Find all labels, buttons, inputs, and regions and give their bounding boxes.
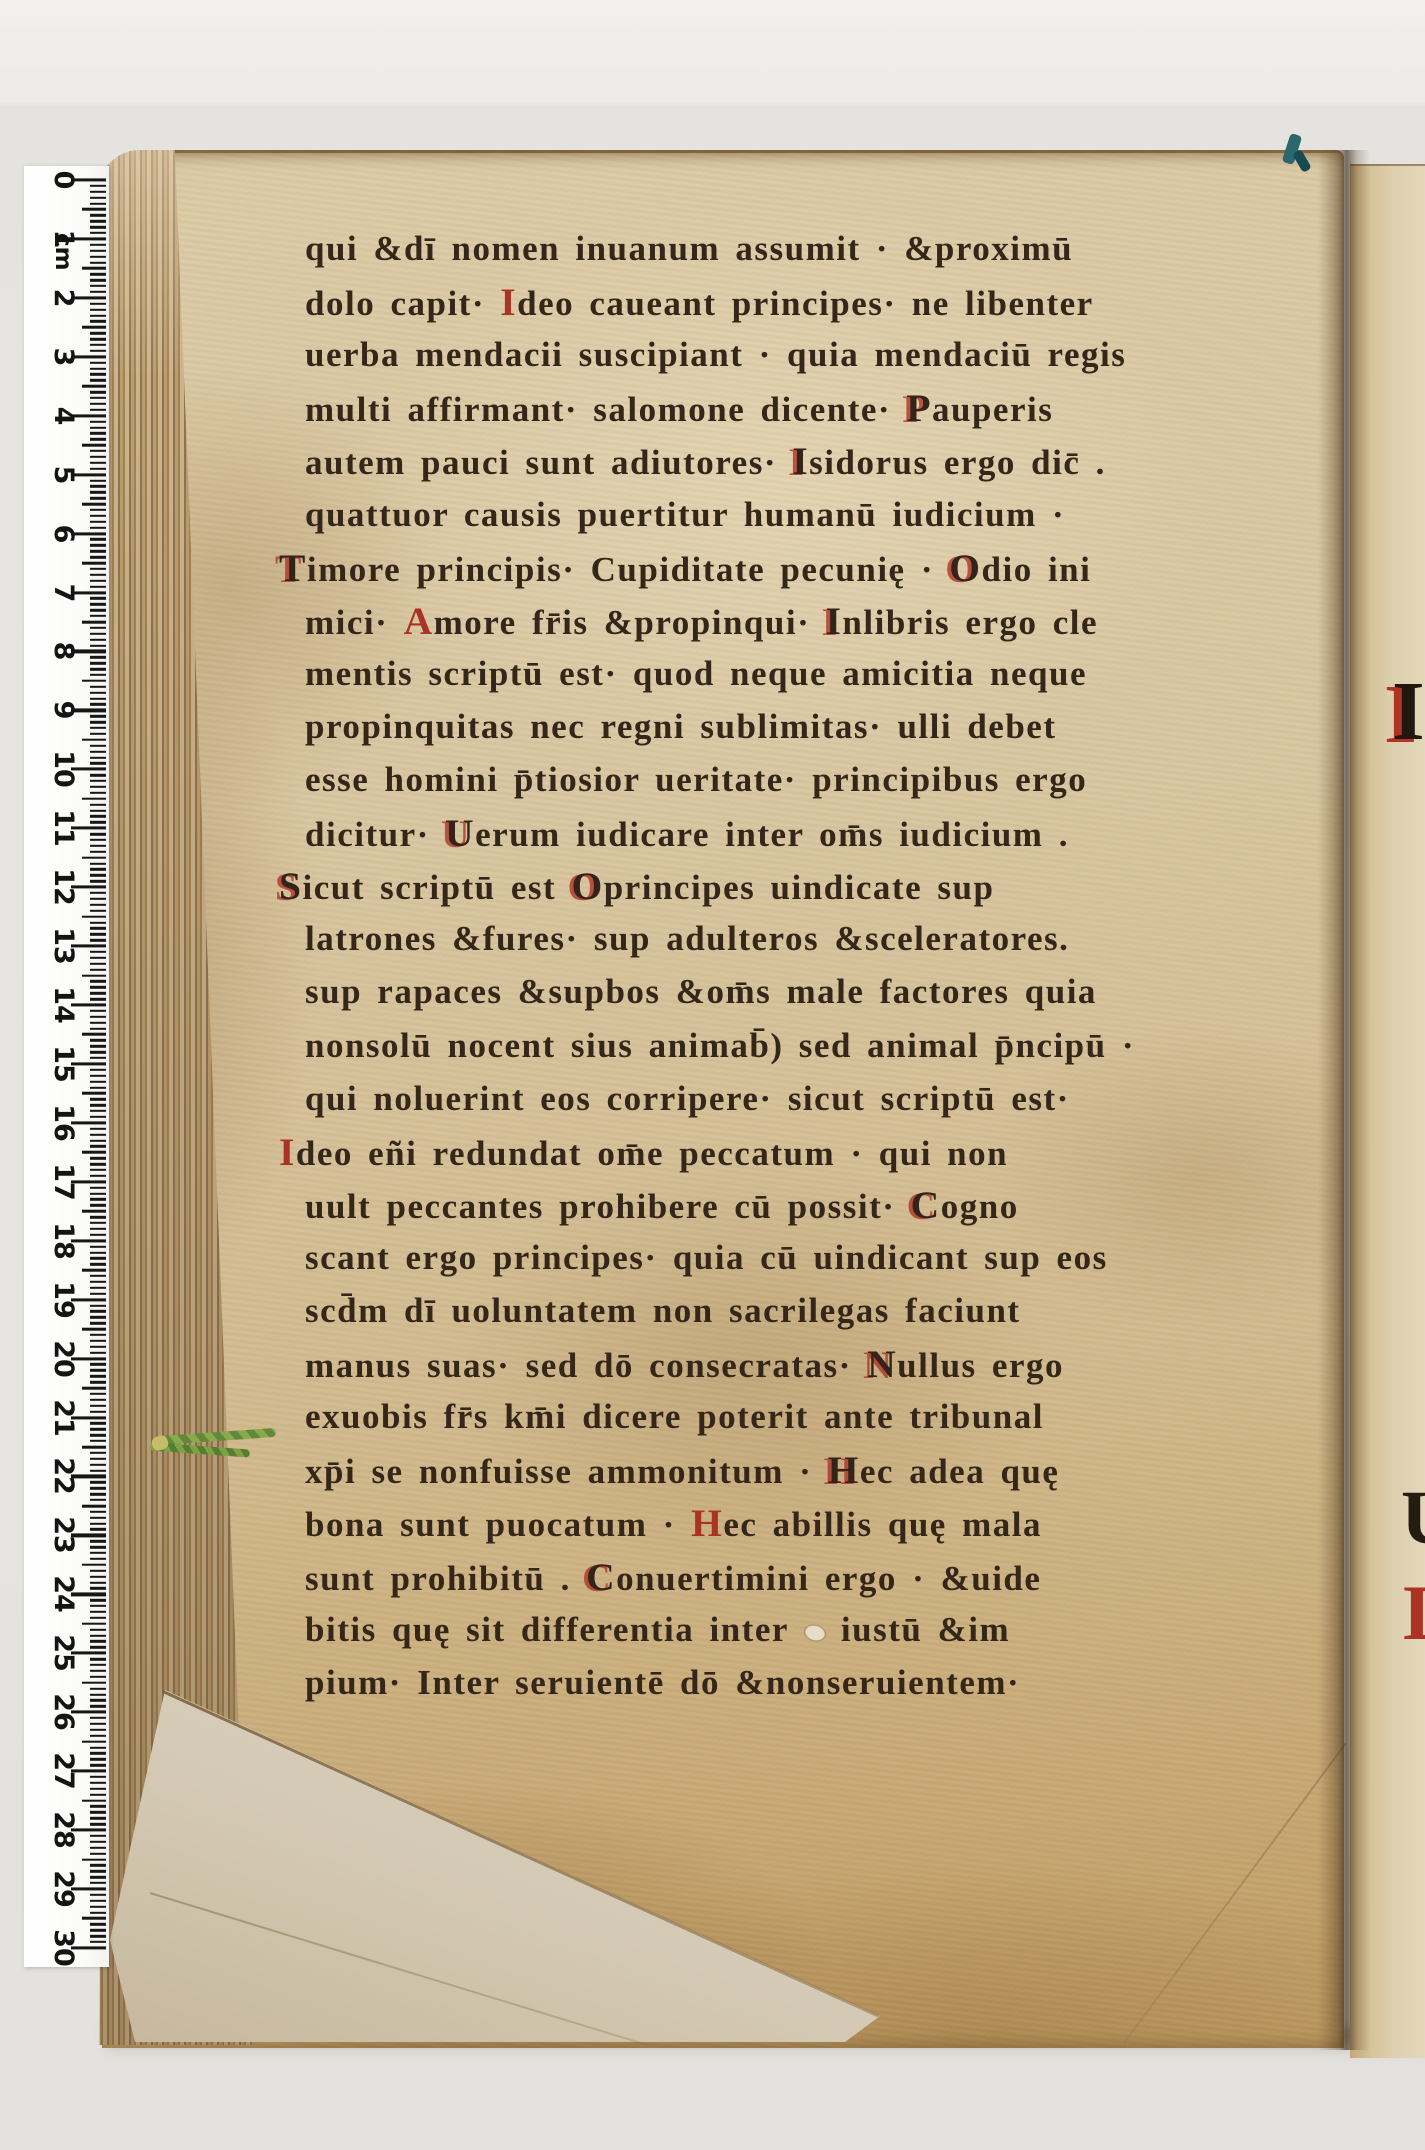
ruler-tick [90, 627, 106, 629]
ruler-number: 19 [44, 1281, 82, 1319]
ruler-tick [90, 1717, 106, 1719]
ruler-tick [90, 462, 106, 464]
ruler-tick [90, 1405, 106, 1407]
rubricated-initial: U [445, 811, 475, 855]
ruler-tick [90, 1045, 106, 1047]
text-segment: scd̄m dī uoluntatem non sacrilegas faciu… [305, 1291, 1021, 1330]
ruler-tick [90, 1487, 106, 1489]
ruler-tick [90, 320, 106, 322]
ruler-tick [90, 556, 106, 558]
manuscript-line: dicitur· Uerum iudicare inter om̄s iudic… [305, 811, 1069, 857]
ruler-tick [90, 727, 106, 729]
text-segment: ogno [941, 1187, 1019, 1226]
ruler-tick [90, 426, 106, 428]
ruler-tick [82, 1564, 106, 1567]
rubricated-initial: I [826, 599, 843, 643]
ruler-tick [90, 279, 106, 281]
ruler-number: 20 [44, 1340, 82, 1378]
ruler-tick [82, 385, 106, 388]
ruler-tick [90, 1363, 106, 1365]
ruler-tick [90, 1811, 106, 1813]
ruler-tick [90, 697, 106, 699]
ruler-number: 6 [44, 515, 82, 553]
manuscript-line: mici· Amore fr̄is &propinqui· Inlibris e… [305, 599, 1098, 645]
ruler-tick [90, 674, 106, 676]
ruler-tick [90, 250, 106, 252]
ruler-tick [90, 1075, 106, 1077]
ruler-tick [90, 1788, 106, 1790]
ruler-tick [90, 1251, 106, 1253]
manuscript-line: exuobis fr̄s km̄i dicere poterit ante tr… [305, 1395, 1044, 1439]
ruler-tick [90, 1746, 106, 1748]
ruler-tick [90, 1287, 106, 1289]
ruler-tick [90, 1835, 106, 1837]
manuscript-line: mentis scriptū est· quod neque amicitia … [305, 652, 1087, 696]
ruler-tick [90, 1900, 106, 1902]
ruler-tick [90, 391, 106, 393]
ruler-tick [90, 1776, 106, 1778]
text-segment: exuobis fr̄s km̄i dicere poterit ante tr… [305, 1397, 1044, 1436]
ruler-tick [90, 1687, 106, 1689]
ruler-tick [82, 1505, 106, 1508]
ruler-tick [82, 1740, 106, 1743]
ruler-tick [90, 839, 106, 841]
text-segment: manus suas· sed dō consecratas· [305, 1346, 867, 1385]
ruler-tick [90, 403, 106, 405]
ruler-number: 1 [44, 220, 82, 258]
manuscript-photo: I U L qui &dī nomen inuanum assumit · &p… [0, 0, 1425, 2150]
ruler-tick [90, 703, 106, 705]
ruler-tick [90, 574, 106, 576]
text-segment: propinquitas nec regni sublimitas· ulli … [305, 707, 1056, 746]
ruler-tick [90, 220, 106, 222]
manuscript-line: bitis quę sit differentia interiustū &im [305, 1608, 1010, 1652]
ruler-tick [90, 1723, 106, 1725]
text-segment: latrones &fures· sup adulteros &scelerat… [305, 919, 1069, 958]
ruler-tick [90, 1646, 106, 1648]
ruler-tick [82, 1328, 106, 1331]
ruler-number: 18 [44, 1222, 82, 1260]
ruler-tick [90, 1428, 106, 1430]
ruler-tick [82, 503, 106, 506]
ruler-tick [90, 1463, 106, 1465]
ruler-tick [90, 1793, 106, 1795]
ruler-tick [90, 291, 106, 293]
text-segment: onuertimini ergo · &uide [616, 1559, 1041, 1598]
manuscript-line: propinquitas nec regni sublimitas· ulli … [305, 705, 1056, 749]
ruler-tick [90, 1864, 106, 1866]
ruler-tick [90, 214, 106, 216]
ruler-tick [90, 980, 106, 982]
ruler-tick [90, 1163, 106, 1165]
ruler-tick [90, 862, 106, 864]
ruler-tick [90, 285, 106, 287]
ruler-tick [90, 1911, 106, 1913]
ruler-tick [90, 1346, 106, 1348]
ruler-tick [90, 992, 106, 994]
ruler-tick [90, 226, 106, 228]
ruler-number: 7 [44, 574, 82, 612]
ruler-tick [90, 1021, 106, 1023]
green-thread-strand [158, 1428, 276, 1445]
manuscript-line: dolo capit· Ideo caueant principes· ne l… [305, 280, 1094, 326]
ruler-tick [90, 1546, 106, 1548]
illuminated-initial-right-page: I [1392, 670, 1425, 754]
ruler-tick [90, 456, 106, 458]
ruler-number: 30 [44, 1929, 82, 1967]
ruler-tick [90, 1670, 106, 1672]
ruler-tick [90, 373, 106, 375]
ruler-tick [90, 1352, 106, 1354]
ruler-tick [90, 780, 106, 782]
ruler-number: 8 [44, 632, 82, 670]
ruler-tick [90, 1316, 106, 1318]
rubricated-initial: I [279, 1130, 296, 1174]
ruler-tick [90, 314, 106, 316]
ruler-tick [90, 485, 106, 487]
manuscript-line: nonsolū nocent sius animab̄) sed animal … [305, 1024, 1135, 1068]
ruler-tick [90, 691, 106, 693]
ruler-tick [90, 1263, 106, 1265]
ruler-tick [90, 904, 106, 906]
ruler-tick [82, 1210, 106, 1213]
ruler-tick [90, 1204, 106, 1206]
ruler-tick [90, 868, 106, 870]
ruler-tick [90, 538, 106, 540]
ruler-tick [90, 1458, 106, 1460]
ruler-tick [90, 1128, 106, 1130]
manuscript-line: quattuor causis puertitur humanū iudiciu… [305, 493, 1065, 537]
ruler-tick [90, 244, 106, 246]
ruler-tick [90, 762, 106, 764]
ruler-number: 17 [44, 1163, 82, 1201]
ruler-tick [90, 1334, 106, 1336]
ruler-number: 23 [44, 1516, 82, 1554]
ruler-tick [90, 1222, 106, 1224]
ruler-tick [90, 1399, 106, 1401]
ruler-tick [90, 1086, 106, 1088]
ruler-tick [90, 1293, 106, 1295]
ruler-tick [90, 1552, 106, 1554]
manuscript-line: scd̄m dī uoluntatem non sacrilegas faciu… [305, 1289, 1021, 1333]
ruler-tick [90, 1764, 106, 1766]
ruler-tick [90, 597, 106, 599]
manuscript-line: uult peccantes prohibere cū possit· Cogn… [305, 1183, 1019, 1229]
ruler-tick [90, 874, 106, 876]
ruler-number: 12 [44, 868, 82, 906]
ruler-number: 16 [44, 1104, 82, 1142]
rubricated-initial: O [949, 546, 981, 590]
ruler-tick [90, 1175, 106, 1177]
rubricated-initial: N [867, 1342, 897, 1386]
ruler-tick [90, 803, 106, 805]
ruler-tick [90, 786, 106, 788]
ruler-tick [90, 721, 106, 723]
ruler-tick [90, 851, 106, 853]
ruler-tick [90, 1528, 106, 1530]
text-segment: bona sunt puocatum · [305, 1505, 691, 1544]
ruler-tick [90, 1410, 106, 1412]
ruler-tick [90, 367, 106, 369]
ruler-tick [90, 1116, 106, 1118]
parchment-hole [790, 1614, 839, 1652]
ruler-tick [90, 1735, 106, 1737]
text-segment: auperis [932, 390, 1053, 429]
gutter-fold [1318, 150, 1370, 2050]
ruler-tick [90, 1817, 106, 1819]
ruler-tick [90, 580, 106, 582]
ruler-tick [90, 255, 106, 257]
ruler-tick [90, 1133, 106, 1135]
text-segment: multi affirmant· salomone dicente· [305, 390, 906, 429]
ruler-tick [90, 397, 106, 399]
text-segment: uerba mendacii suscipiant · quia mendaci… [305, 335, 1126, 374]
ruler-tick [90, 1923, 106, 1925]
ruler-tick [90, 1027, 106, 1029]
manuscript-line: bona sunt puocatum · Hec abillis quę mal… [305, 1501, 1042, 1547]
manuscript-line: Ideo eñi redundat om̄e peccatum · qui no… [279, 1130, 1008, 1176]
ruler-tick [90, 898, 106, 900]
manuscript-line: sup rapaces &supbos &om̄s male factores … [305, 970, 1097, 1014]
ruler-tick [90, 1805, 106, 1807]
manuscript-line: latrones &fures· sup adulteros &scelerat… [305, 917, 1069, 961]
ruler-tick [90, 1051, 106, 1053]
ruler-number: 24 [44, 1575, 82, 1613]
ruler-tick [90, 686, 106, 688]
ruler-tick [90, 809, 106, 811]
ruler-tick [90, 1375, 106, 1377]
ruler-tick [90, 450, 106, 452]
rubricated-initial: I [500, 280, 517, 324]
ruler-tick [82, 1151, 106, 1154]
ruler-tick [90, 1664, 106, 1666]
ruler-tick [90, 815, 106, 817]
rubricated-initial: O [571, 864, 603, 908]
ruler-tick [90, 1381, 106, 1383]
ruler-number: 9 [44, 691, 82, 729]
ruler-tick [90, 609, 106, 611]
ruler-tick [90, 745, 106, 747]
ruler-tick [82, 1799, 106, 1802]
ruler-tick [90, 1905, 106, 1907]
ruler-tick [90, 963, 106, 965]
ruler-tick [90, 1693, 106, 1695]
ruler-tick [90, 1929, 106, 1931]
ruler-tick [90, 1422, 106, 1424]
ruler-tick [90, 1882, 106, 1884]
ruler-tick [90, 633, 106, 635]
manuscript-line: sunt prohibitū . Conuertimini ergo · &ui… [305, 1555, 1041, 1601]
ruler-tick [90, 1581, 106, 1583]
ruler-tick [90, 1434, 106, 1436]
ruler-tick [90, 951, 106, 953]
ruler-tick [90, 1452, 106, 1454]
ruler-tick [90, 191, 106, 193]
ruler-tick [90, 1752, 106, 1754]
ruler-tick [90, 1393, 106, 1395]
ruler-tick [90, 1640, 106, 1642]
rubricated-initial: A [404, 599, 434, 643]
ruler-tick [90, 833, 106, 835]
manuscript-line: pium· Inter seruientē dō &nonseruientem· [305, 1661, 1020, 1705]
ruler-tick [90, 1611, 106, 1613]
text-segment: deo eñi redundat om̄e peccatum · qui non [296, 1134, 1008, 1173]
ruler-tick [90, 845, 106, 847]
ruler-tick [90, 1192, 106, 1194]
ruler-tick [90, 1228, 106, 1230]
ruler-tick [82, 444, 106, 447]
ruler-number: 29 [44, 1870, 82, 1908]
ruler-tick [90, 409, 106, 411]
ruler-tick [90, 303, 106, 305]
rubricated-initial: H [828, 1448, 860, 1492]
text-segment: deo caueant principes· ne libenter [517, 284, 1094, 323]
ruler-tick [90, 509, 106, 511]
ruler-number: 22 [44, 1457, 82, 1495]
ruler-tick [90, 1634, 106, 1636]
manuscript-line: scant ergo principes· quia cū uindicant … [305, 1236, 1108, 1280]
ruler-tick [90, 1245, 106, 1247]
ruler-tick [90, 1080, 106, 1082]
ruler-tick [90, 202, 106, 204]
ruler-tick [90, 986, 106, 988]
ruler-tick [90, 1823, 106, 1825]
ruler-tick [90, 497, 106, 499]
ruler-tick [90, 921, 106, 923]
ruler-tick [90, 521, 106, 523]
ruler-tick [82, 1269, 106, 1272]
text-segment: imore principis· Cupiditate pecunię · [307, 550, 949, 589]
ruler-tick [90, 1098, 106, 1100]
text-segment: ec abillis quę mala [723, 1505, 1042, 1544]
ruler-tick [90, 432, 106, 434]
ruler-tick [90, 338, 106, 340]
ruler-tick [90, 939, 106, 941]
rubricated-initial: C [911, 1183, 941, 1227]
ruler-tick [82, 562, 106, 565]
ruler-number: 4 [44, 397, 82, 435]
text-segment: more fr̄is &propinqui· [434, 603, 826, 642]
ruler-tick [90, 585, 106, 587]
ruler-tick [90, 379, 106, 381]
ruler-tick [90, 615, 106, 617]
ruler-tick [82, 208, 106, 211]
ruler-tick [90, 479, 106, 481]
text-segment: sidorus ergo dic̄ . [809, 443, 1106, 482]
ruler-tick [90, 1499, 106, 1501]
ruler-tick [90, 998, 106, 1000]
ruler-tick [90, 1847, 106, 1849]
ruler-tick [82, 1622, 106, 1625]
ruler-tick [90, 1782, 106, 1784]
rubricated-initial: S [279, 864, 303, 908]
ruler-tick [82, 1858, 106, 1861]
text-segment: mici· [305, 603, 404, 642]
text-segment: sunt prohibitū . [305, 1559, 586, 1598]
ruler-number: 13 [44, 927, 82, 965]
ruler-tick [90, 1039, 106, 1041]
ruler-tick [82, 739, 106, 742]
ruler-tick [90, 344, 106, 346]
ruler-tick [90, 1852, 106, 1854]
ruler-tick [90, 927, 106, 929]
manuscript-line: uerba mendacii suscipiant · quia mendaci… [305, 333, 1126, 377]
ruler-tick [90, 1016, 106, 1018]
ruler-tick [90, 1216, 106, 1218]
ruler-tick [90, 1705, 106, 1707]
ruler-number: 25 [44, 1634, 82, 1672]
ruler-tick [90, 968, 106, 970]
ruler-tick [90, 1493, 106, 1495]
ruler-tick [90, 550, 106, 552]
text-segment: ullus ergo [897, 1346, 1064, 1385]
ruler-tick [90, 1057, 106, 1059]
ruler-tick [90, 1110, 106, 1112]
manuscript-line: manus suas· sed dō consecratas· Nullus e… [305, 1342, 1064, 1388]
ruler-tick [90, 668, 106, 670]
ruler-tick [90, 1234, 106, 1236]
ruler-tick [90, 1676, 106, 1678]
teal-thread-strand [1292, 149, 1312, 173]
ruler-tick [90, 361, 106, 363]
ruler-tick [90, 1481, 106, 1483]
ruler-tick [90, 526, 106, 528]
ruler-tick [82, 1092, 106, 1095]
text-segment: icut scriptū est [303, 868, 572, 907]
ruler-tick [90, 880, 106, 882]
ruler-tick [90, 1469, 106, 1471]
ruler-tick [82, 974, 106, 977]
ruler-tick [82, 1033, 106, 1036]
scale-ruler: cm 0123456789101112131415161718192021222… [24, 166, 109, 1967]
text-segment: pium· Inter seruientē dō &nonseruientem· [305, 1663, 1020, 1702]
ruler-tick [90, 1139, 106, 1141]
ruler-tick [90, 1628, 106, 1630]
ruler-tick [90, 1257, 106, 1259]
manuscript-line: autem pauci sunt adiutores· Isidorus erg… [305, 439, 1106, 485]
ruler-tick [90, 515, 106, 517]
manuscript-text-block: qui &dī nomen inuanum assumit · &proximū… [305, 227, 1255, 1747]
ruler-tick [90, 750, 106, 752]
manuscript-line: qui noluerint eos corripere· sicut scrip… [305, 1077, 1070, 1121]
ruler-tick [90, 1599, 106, 1601]
ruler-tick [90, 196, 106, 198]
text-segment: sup rapaces &supbos &om̄s male factores … [305, 972, 1097, 1011]
ruler-number: 14 [44, 986, 82, 1024]
ruler-tick [82, 621, 106, 624]
manuscript-line: esse homini p̄tiosior ueritate· principi… [305, 758, 1087, 802]
ruler-tick [90, 1069, 106, 1071]
ruler-tick [90, 756, 106, 758]
text-segment: quattuor causis puertitur humanū iudiciu… [305, 495, 1065, 534]
ruler-tick [90, 1198, 106, 1200]
text-segment: scant ergo principes· quia cū uindicant … [305, 1238, 1108, 1277]
text-segment: dicitur· [305, 815, 445, 854]
ruler-tick [90, 1558, 106, 1560]
text-segment: erum iudicare inter om̄s iudicium . [475, 815, 1069, 854]
ruler-tick [90, 1540, 106, 1542]
ruler-tick [90, 910, 106, 912]
ruler-tick [82, 326, 106, 329]
ruler-tick [90, 1605, 106, 1607]
text-segment: nonsolū nocent sius animab̄) sed animal … [305, 1026, 1135, 1065]
ruler-tick [90, 468, 106, 470]
ruler-tick [82, 1681, 106, 1684]
ruler-tick [90, 1511, 106, 1513]
ruler-tick [90, 774, 106, 776]
partial-letter-red: L [1403, 1574, 1425, 1652]
green-thread-bookmark [150, 1426, 290, 1468]
